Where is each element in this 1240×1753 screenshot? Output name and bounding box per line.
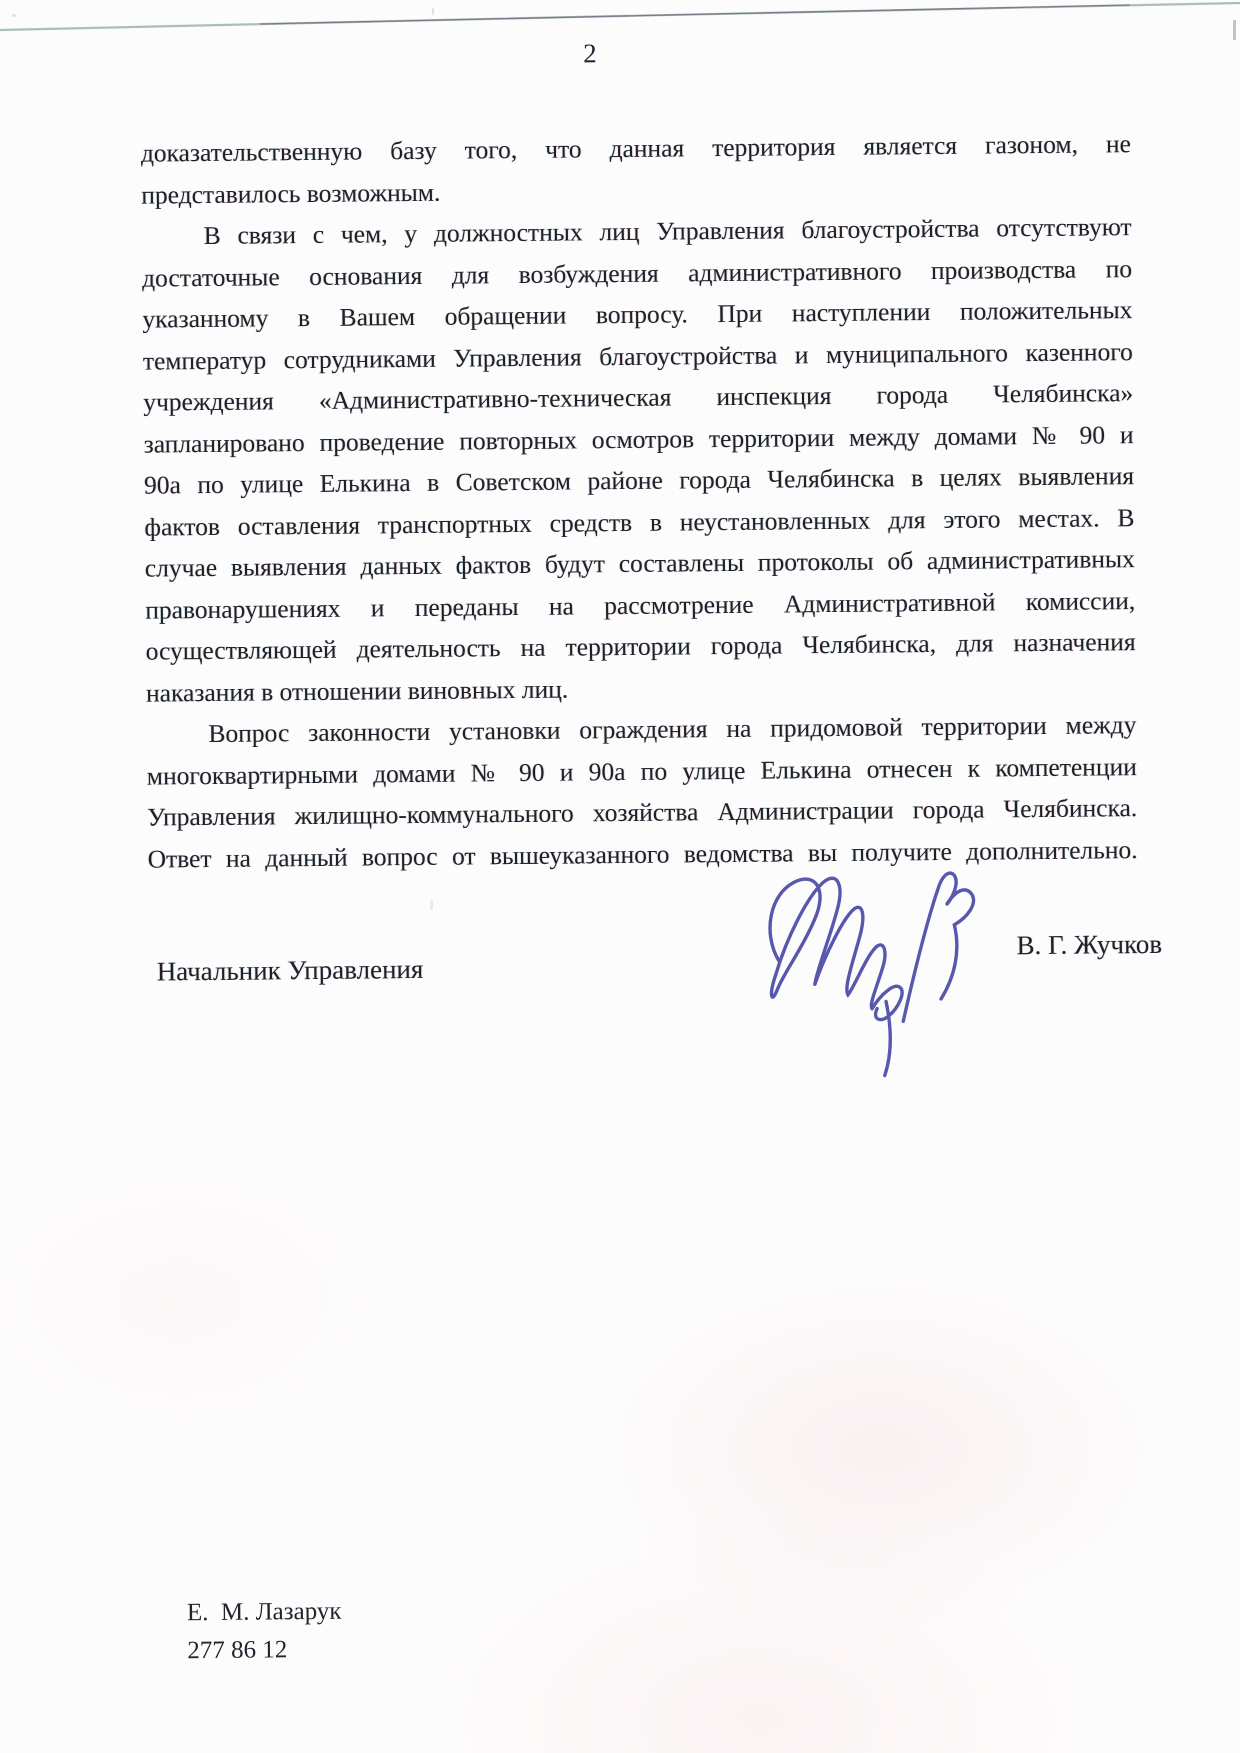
executor-footer: Е. М. Лазарук 277 86 12: [187, 1593, 342, 1670]
handwritten-signature-icon: [750, 858, 992, 1080]
signatory-position-label: Начальник Управления: [157, 954, 424, 988]
scanned-letter-page: 2 доказательственную базу того, что данн…: [0, 0, 1240, 1753]
scan-speck: [432, 8, 434, 15]
letter-body-text: доказательственную базу того, что данная…: [141, 123, 1138, 879]
scan-edge-artifact: [0, 0, 1240, 60]
executor-name: Е. М. Лазарук: [187, 1593, 342, 1632]
paragraph: Вопрос законности установки ограждения н…: [146, 704, 1138, 879]
scan-speck: [430, 900, 433, 910]
paragraph: доказательственную базу того, что данная…: [141, 123, 1132, 215]
executor-phone: 277 86 12: [187, 1631, 342, 1670]
scan-content: 2 доказательственную базу того, что данн…: [0, 0, 1240, 1753]
signatory-name: В. Г. Жучков: [1016, 929, 1162, 961]
scan-speck: [12, 14, 16, 17]
paragraph: В связи с чем, у должностных лиц Управле…: [141, 206, 1136, 713]
